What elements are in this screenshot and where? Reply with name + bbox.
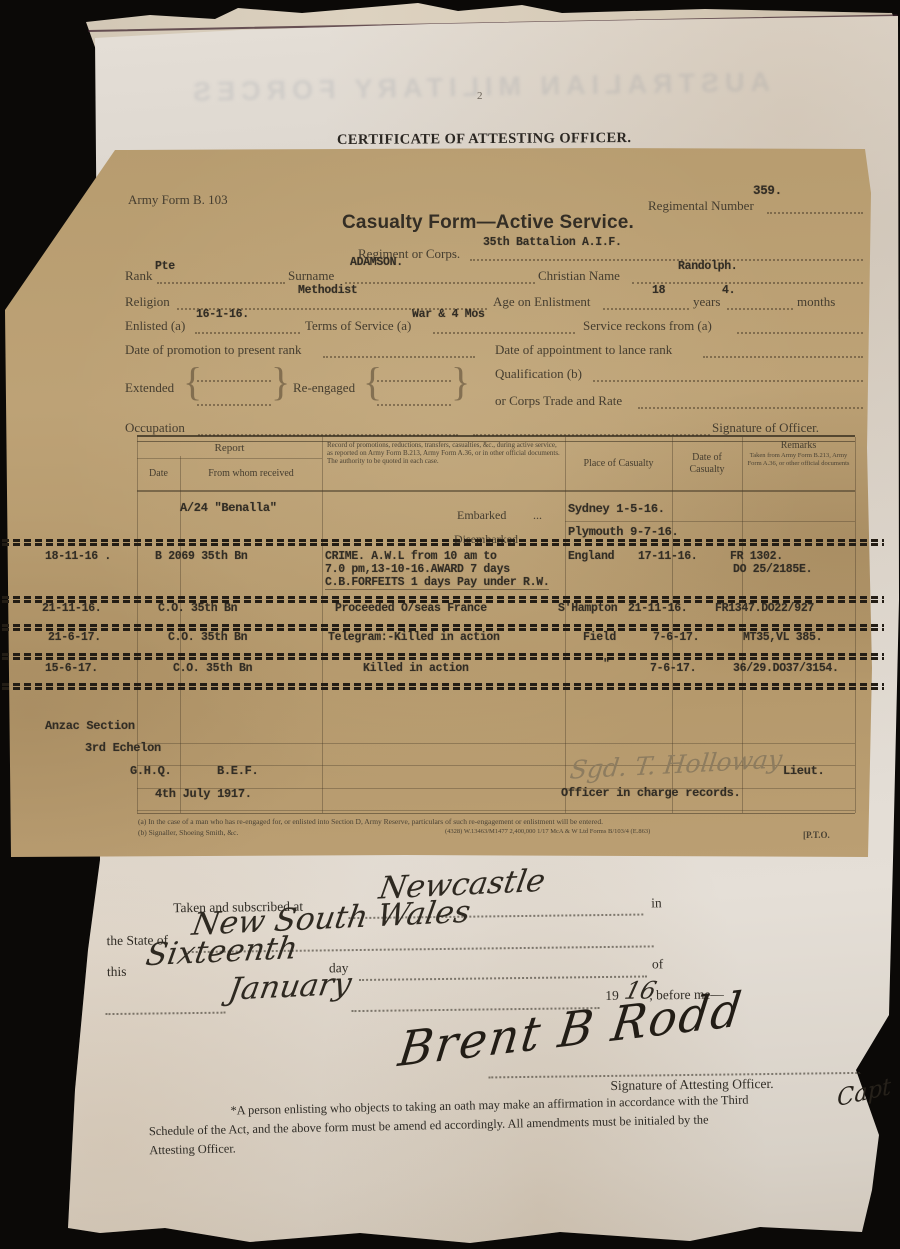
footnote-b: (b) Signaller, Shoeing Smith, &c. [138,828,238,837]
row-place: England [568,550,614,563]
from-header: From whom received [180,468,322,479]
occupation-label: Occupation [125,420,185,436]
extended-label: Extended [125,380,174,396]
ruled-line [157,282,285,284]
empty-row-line [137,810,855,811]
affirmation-footnote: *A person enlisting who objects to takin… [148,1093,749,1159]
row-place: Field [583,631,616,644]
of-label: of [652,956,663,972]
row-record-line: 7.0 pm,13-10-16.AWARD 7 days [325,563,510,576]
row-remarks-line: FR 1302. [730,550,783,563]
row-from: C.O. 35th Bn [173,662,252,675]
month-handwriting: January [226,966,354,1008]
enlisted-label: Enlisted (a) [125,318,185,334]
date-header: Date [137,468,180,479]
age-years-value: 18 [652,284,665,297]
service-reckons-label: Service reckons from (a) [583,318,712,334]
embarked-place-value: Sydney 1-5-16. [568,502,665,516]
footnote-a: (a) In the case of a man who has re-enga… [138,817,603,826]
row-record-line: C.B.FORFEITS 1 days Pay under R.W. [325,576,549,590]
row-remarks-line: 36/29.DO37/3154. [733,662,839,675]
ruled-line [105,1012,225,1015]
signature-of-attesting-officer-label: Signature of Attesting Officer. [610,1076,773,1094]
report-divider [137,458,322,459]
ruled-line [727,308,793,310]
day-handwriting: Sixteenth [143,930,300,973]
surname-label: Surname [288,268,334,284]
closing-ghq: G.H.Q. [130,764,171,778]
table-header-border [137,490,855,492]
ruled-line [377,404,451,406]
row-casualty-date: 17-11-16. [638,550,697,563]
row-date: 18-11-16 . [45,550,111,563]
dashed-separator [2,683,884,692]
embark-from-value: A/24 "Benalla" [180,501,277,515]
embarked-label: Embarked [457,508,506,523]
printer-imprint: (4328) W.13463/M1477 2,400,000 1/17 McA … [445,828,650,835]
age-label: Age on Enlistment [493,294,591,310]
closing-rank: Lieut. [783,764,824,778]
officer-rank-handwriting: Capt [837,1073,891,1112]
pto-mark: [P.T.O. [803,830,830,840]
years-label: years [693,294,720,310]
ruled-line [632,282,863,284]
ruled-line [470,259,863,261]
row-remarks-line: MT35,VL 385. [743,631,822,644]
in-label: in [651,895,662,911]
embarked-dots: ... [533,508,542,523]
page-number: 2 [477,90,483,102]
brace-glyph: } [451,362,470,402]
regimental-number-value: 359. [753,184,782,198]
dashed-separator [2,539,884,548]
place-header: Place of Casualty [565,458,672,469]
religion-label: Religion [125,294,170,310]
signature-of-officer-label: Signature of Officer. [712,420,819,436]
ruled-line [377,380,451,382]
certificate-heading: CERTIFICATE OF ATTESTING OFFICER. [337,130,632,149]
age-months-value: 4. [722,284,735,297]
row-record-line: CRIME. A.W.L from 10 am to [325,550,497,563]
row-divider [565,521,855,522]
row-casualty-date: 7-6-17. [653,631,699,644]
dashed-separator [2,653,884,662]
rank-label: Rank [125,268,152,284]
months-label: months [797,294,835,310]
christian-name-value: Randolph. [678,260,737,273]
qualification-label: Qualification (b) [495,366,582,382]
promotion-label: Date of promotion to present rank [125,342,302,358]
row-from: C.O. 35th Bn [168,631,247,644]
closing-bef: B.E.F. [217,764,258,778]
remarks-subheader: Taken from Army Form B.213, Army Form A.… [745,452,852,467]
rank-value: Pte [155,260,175,273]
row-remarks-line: DO 25/2185E. [733,563,812,576]
ruled-line [767,212,863,214]
regiment-value: 35th Battalion A.I.F. [483,236,622,249]
scanned-document-page: AUSTRALIAN MILITARY FORCES 2 CERTIFICATE… [0,0,900,1249]
reengaged-label: Re-engaged [293,380,355,396]
closing-anzac-section: Anzac Section [45,719,135,733]
enlisted-value: 16-1-16. [196,308,249,321]
ruled-line [433,332,575,334]
ruled-line [638,407,863,409]
form-title: Casualty Form—Active Service. [342,212,634,234]
dashed-separator [2,596,884,605]
ruled-line [197,404,271,406]
report-header: Report [137,442,322,454]
religion-value: Methodist [298,284,357,297]
table-bottom-border [137,813,855,814]
ruled-line [195,332,300,334]
empty-row-line [137,743,855,744]
casualty-form-sheet: Army Form B. 103 359. Regimental Number … [5,148,872,857]
row-record-line: Killed in action [363,662,469,675]
dashed-separator [2,624,884,633]
ruled-line [593,380,863,382]
brace-glyph: } [271,362,290,402]
christian-name-label: Christian Name [538,268,620,284]
ruled-line [197,380,271,382]
attestation-section: Taken and subscribed at Newcastle in the… [0,853,900,1249]
row-date: 15-6-17. [45,662,98,675]
regimental-number-label: Regimental Number [648,198,754,214]
lance-label: Date of appointment to lance rank [495,342,672,358]
brace-glyph: { [363,362,382,402]
this-label: this [107,964,127,980]
closing-officer-title: Officer in charge records. [561,786,740,800]
ruled-line [737,332,863,334]
casualty-date-header-2: Casualty [672,464,742,475]
surname-value: ADAMSON. [350,256,403,269]
ruled-line [703,356,863,358]
ruled-line [359,975,647,981]
terms-value: War & 4 Mos [412,308,485,321]
form-id: Army Form B. 103 [128,192,228,208]
ruled-line [323,356,475,358]
closing-echelon: 3rd Echelon [85,741,161,755]
corps-trade-label: or Corps Trade and Rate [495,393,622,409]
records-officer-signature-handwriting: Sgd. T. Holloway [568,744,784,784]
terms-label: Terms of Service (a) [305,318,411,334]
disembarked-place-value: Plymouth 9-7-16. [568,525,678,539]
casualty-date-header-1: Date of [672,452,742,463]
closing-date: 4th July 1917. [155,787,252,801]
row-record-line: Telegram:-Killed in action [328,631,500,644]
row-date: 21-6-17. [48,631,101,644]
attesting-officer-signature-handwriting: Brent B Rodd [395,982,746,1079]
row-casualty-date: 7-6-17. [650,662,696,675]
record-header: Record of promotions, reductions, transf… [327,441,560,465]
remarks-header: Remarks [742,440,855,451]
ruled-line [345,282,535,284]
ruled-line [603,308,689,310]
brace-glyph: { [183,362,202,402]
row-from: B 2069 35th Bn [155,550,247,563]
